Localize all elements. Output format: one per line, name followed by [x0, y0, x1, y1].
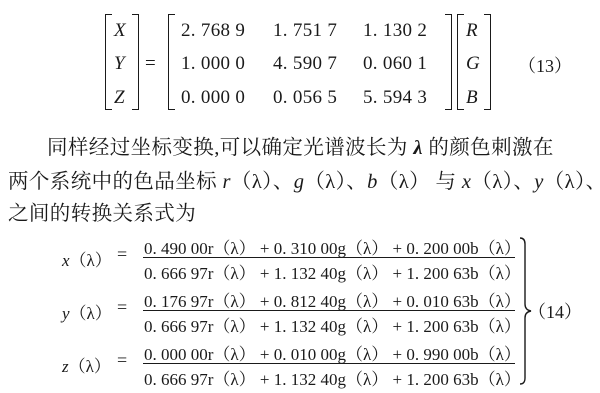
rhs-G: G	[466, 53, 480, 75]
denominator: 0. 666 97r（λ） + 1. 132 40g（λ） + 1. 200 6…	[144, 259, 521, 284]
matrix-left-bracket	[168, 14, 175, 110]
rhs-vector-right-bracket	[484, 14, 491, 110]
lambda-arg: （λ）	[378, 171, 430, 193]
equals-sign: =	[145, 53, 156, 75]
matrix-cell: 1. 000 0	[181, 53, 245, 75]
text-run: 同样经过坐标变换,可以确定光谱波长为	[47, 137, 413, 159]
equation-number-13: （13）	[518, 52, 572, 78]
lhs-y-lambda: y（λ）	[62, 299, 112, 324]
equals-sign: =	[117, 297, 127, 318]
lhs-X: X	[114, 20, 126, 42]
matrix-cell: 1. 751 7	[273, 20, 337, 42]
rhs-R: R	[466, 20, 478, 42]
var-r: r	[223, 171, 231, 193]
text-run: 与	[430, 171, 462, 193]
matrix-right-bracket	[445, 14, 452, 110]
lambda-arg: （λ）	[70, 251, 112, 270]
matrix-cell: 4. 590 7	[273, 53, 337, 75]
matrix-cell: 0. 060 1	[363, 53, 427, 75]
lhs-Z: Z	[114, 87, 125, 109]
var-x: x	[462, 171, 472, 193]
var-z: z	[62, 357, 69, 376]
var-y: y	[534, 171, 544, 193]
lhs-Y: Y	[114, 53, 125, 75]
equation-number-14: （14）	[528, 298, 582, 324]
equals-sign: =	[117, 244, 127, 265]
lhs-x-lambda: x（λ）	[62, 246, 112, 271]
rhs-vector-left-bracket	[457, 14, 464, 110]
paragraph-line-3: 之间的转换关系式为	[8, 196, 196, 226]
denominator: 0. 666 97r（λ） + 1. 132 40g（λ） + 1. 200 6…	[144, 365, 521, 390]
numerator: 0. 176 97r（λ） + 0. 812 40g（λ） + 0. 010 6…	[144, 287, 521, 312]
lhs-z-lambda: z（λ）	[62, 352, 111, 377]
var-g: g	[294, 171, 305, 193]
equals-sign: =	[117, 350, 127, 371]
lhs-vector-right-bracket	[132, 14, 139, 110]
lambda-arg: （λ）	[70, 304, 112, 323]
denominator: 0. 666 97r（λ） + 1. 132 40g（λ） + 1. 200 6…	[144, 312, 521, 337]
var-y: y	[62, 304, 70, 323]
separator: 、	[586, 171, 600, 193]
lambda-arg: （λ）	[69, 357, 111, 376]
matrix-cell: 2. 768 9	[181, 20, 245, 42]
lambda-arg: （λ）	[231, 171, 273, 193]
lhs-vector-left-bracket	[105, 14, 112, 110]
lambda-arg: （λ）	[544, 171, 586, 193]
paragraph-line-2: 两个系统中的色品坐标 r（λ）、g（λ）、b（λ） 与 x（λ）、y（λ）、z（…	[8, 164, 600, 194]
var-x: x	[62, 251, 70, 270]
matrix-cell: 0. 056 5	[273, 87, 337, 109]
separator: 、	[273, 171, 294, 193]
matrix-cell: 0. 000 0	[181, 87, 245, 109]
numerator: 0. 000 00r（λ） + 0. 010 00g（λ） + 0. 990 0…	[144, 340, 521, 365]
text-run: 的颜色刺激在	[423, 137, 554, 159]
var-b: b	[367, 171, 378, 193]
paragraph-line-1: 同样经过坐标变换,可以确定光谱波长为 λ 的颜色刺激在	[47, 130, 554, 160]
text-run: 两个系统中的色品坐标	[8, 171, 223, 193]
separator: 、	[346, 171, 367, 193]
numerator: 0. 490 00r（λ） + 0. 310 00g（λ） + 0. 200 0…	[144, 234, 521, 259]
separator: 、	[513, 171, 534, 193]
rhs-B: B	[466, 87, 478, 109]
lambda-arg: （λ）	[471, 171, 513, 193]
lambda-symbol: λ	[413, 137, 423, 159]
matrix-cell: 1. 130 2	[363, 20, 427, 42]
matrix-cell: 5. 594 3	[363, 87, 427, 109]
lambda-arg: （λ）	[304, 171, 346, 193]
